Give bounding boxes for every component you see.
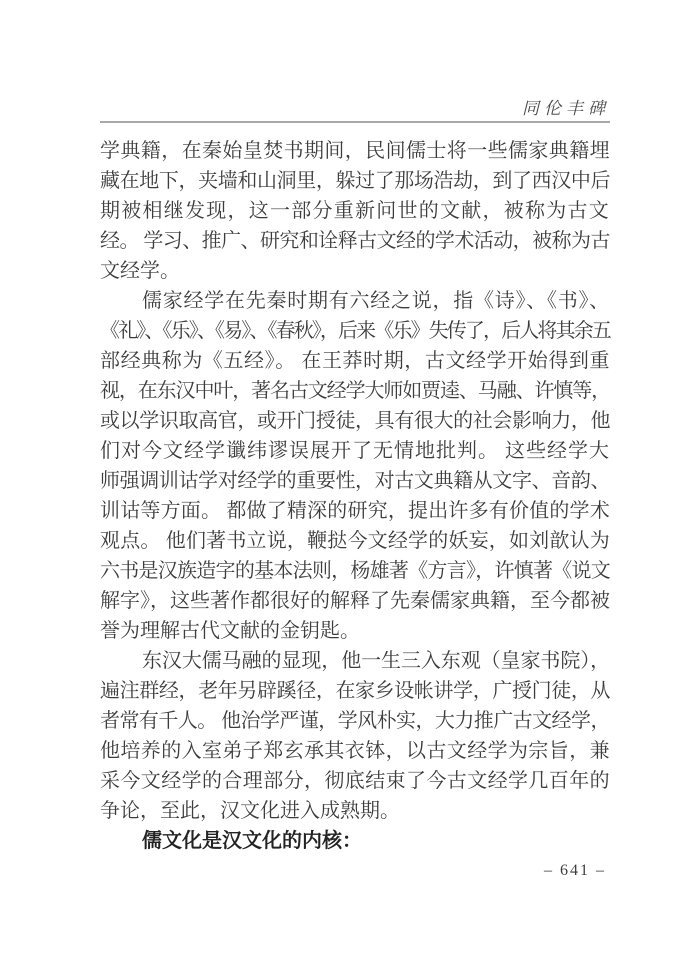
body-line: 视，在东汉中叶，著名古文经学大师如贾逵、马融、许慎等， [100,376,610,406]
body-line: 解字》，这些著作都很好的解释了先秦儒家典籍，至今都被 [100,586,610,616]
body-line: 争论，至此，汉文化进入成熟期。 [100,796,610,826]
body-line: 藏在地下，夹墙和山洞里，躲过了那场浩劫，到了西汉中后 [100,166,610,196]
body-line: 儒家经学在先秦时期有六经之说，指《诗》、《书》、 [100,286,610,316]
body-line: 们对今文经学谶纬谬误展开了无情地批判。 这些经学大 [100,436,610,466]
body-line: 师强调训诂学对经学的重要性，对古文典籍从文字、音韵、 [100,466,610,496]
section-heading: 儒文化是汉文化的内核： [100,826,610,856]
body-line: 采今文经学的合理部分，彻底结束了今古文经学几百年的 [100,766,610,796]
body-line: 遍注群经，老年另辟蹊径，在家乡设帐讲学，广授门徒，从 [100,676,610,706]
body-line: 《礼》、《乐》、《易》、《春秋》，后来《乐》失传了，后人将其余五 [100,316,610,346]
body-line: 东汉大儒马融的显现，他一生三入东观（皇家书院）， [100,646,610,676]
page-body: 学典籍，在秦始皇焚书期间，民间儒士将一些儒家典籍埋藏在地下，夹墙和山洞里，躲过了… [100,136,610,856]
page-number: – 641 – [100,860,606,882]
body-line: 六书是汉族造字的基本法则，杨雄著《方言》，许慎著《说文 [100,556,610,586]
body-line: 训诂等方面。 都做了精深的研究，提出许多有价值的学术 [100,496,610,526]
body-line: 誉为理解古代文献的金钥匙。 [100,616,610,646]
book-page: 同伦丰碑 学典籍，在秦始皇焚书期间，民间儒士将一些儒家典籍埋藏在地下，夹墙和山洞… [0,0,692,968]
body-line: 观点。 他们著书立说，鞭挞今文经学的妖妄，如刘歆认为 [100,526,610,556]
body-line: 文经学。 [100,256,610,286]
body-line: 期被相继发现，这一部分重新问世的文献，被称为古文 [100,196,610,226]
body-line: 经。 学习、推广、研究和诠释古文经的学术活动，被称为古 [100,226,610,256]
body-line: 者常有千人。 他治学严谨，学风朴实，大力推广古文经学， [100,706,610,736]
body-line: 学典籍，在秦始皇焚书期间，民间儒士将一些儒家典籍埋 [100,136,610,166]
body-line: 或以学识取高官，或开门授徒，具有很大的社会影响力，他 [100,406,610,436]
body-line: 部经典称为《五经》。 在王莽时期，古文经学开始得到重 [100,346,610,376]
running-header: 同伦丰碑 [100,98,610,119]
header-rule [100,121,610,123]
body-line: 他培养的入室弟子郑玄承其衣钵，以古文经学为宗旨，兼 [100,736,610,766]
